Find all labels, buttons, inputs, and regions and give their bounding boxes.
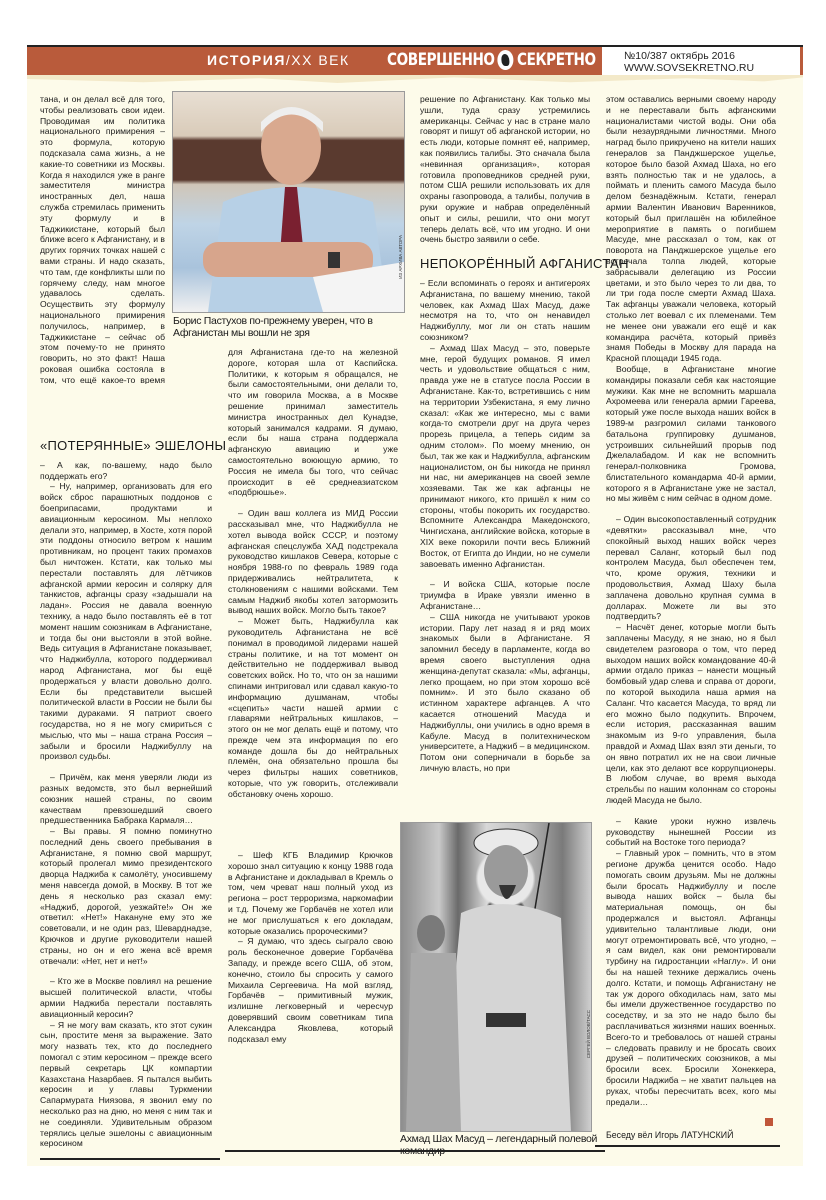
subheading-unconquered: НЕПОКОРЁННЫЙ АФГАНИСТАН [420, 259, 590, 270]
portrait-photo [172, 91, 405, 313]
field-commander-photo-icon [401, 823, 591, 1131]
answer: – Я не могу вам сказать, кто этот сукин … [40, 1020, 212, 1150]
answer: – Я думаю, что здесь сыграло свою роль б… [228, 936, 393, 1044]
subheading-lost-trains: «ПОТЕРЯННЫЕ» ЭШЕЛОНЫ [40, 441, 212, 452]
question: – Один ваш коллега из МИД России рассказ… [228, 508, 398, 616]
answer: – Ну, например, организовать для его вой… [40, 481, 212, 762]
answer: – Может быть, Наджибулла как руководител… [228, 616, 398, 800]
photo-caption: Ахмад Шах Масуд – легендарный полевой ко… [400, 1133, 600, 1157]
column-2: для Афганистана где-то на железной дорог… [228, 347, 398, 800]
answer: – Вы правы. Я помню поминутно последний … [40, 826, 212, 966]
column-2-bottom: – Шеф КГБ Владимир Крючков хорошо знал с… [228, 850, 393, 1044]
question: – Кто же в Москве повлиял на решение выс… [40, 976, 212, 1019]
bottom-rule [595, 1145, 780, 1147]
portrait-photo-icon [173, 92, 404, 312]
section-title: ИСТОРИЯ/XX ВЕК [207, 52, 350, 68]
paragraph: этом оставались верными своему народу и … [606, 94, 776, 364]
column-1-top: тана, и он делал всё для того, чтобы реа… [40, 94, 165, 384]
column-3: решение по Афганистану. Как только мы уш… [420, 94, 590, 774]
masthead-brand: СОВЕРШЕННОСЕКРЕТНО [387, 50, 596, 70]
question: – А как, по-вашему, надо было поддержать… [40, 460, 212, 482]
issue-number: №10/387 октябрь 2016 [624, 50, 735, 62]
question: – Если вспоминать о героях и антигероях … [420, 278, 590, 343]
paragraph-continuation [40, 385, 212, 427]
column-4: этом оставались верными своему народу и … [606, 94, 776, 1107]
paragraph: решение по Афганистану. Как только мы уш… [420, 94, 590, 245]
photo-credit: СЕРГЕЙ ВОЛОВ/ТАСС [586, 1010, 591, 1058]
brand-logo-icon [498, 50, 514, 70]
question: – Причём, как меня уверяли люди из разны… [40, 772, 212, 826]
question: – И войска США, которые после триумфа в … [420, 579, 590, 611]
column-1: «ПОТЕРЯННЫЕ» ЭШЕЛОНЫ – А как, по-вашему,… [40, 385, 212, 1149]
page-number: 31 [779, 47, 803, 75]
page-header: ИСТОРИЯ/XX ВЕК СОВЕРШЕННОСЕКРЕТНО №10/38… [27, 47, 803, 75]
website-link[interactable]: WWW.SOVSEKRETNO.RU [624, 62, 754, 74]
answer: – Насчёт денег, которые могли быть запла… [606, 622, 776, 806]
bottom-rule [225, 1150, 605, 1152]
byline: Беседу вёл Игорь ЛАТУНСКИЙ [606, 1130, 733, 1140]
paragraph: для Афганистана где-то на железной дорог… [228, 347, 398, 498]
end-of-article-icon [765, 1118, 773, 1126]
question: – Какие уроки нужно извлечь руководству … [606, 816, 776, 848]
bottom-rule [40, 1158, 220, 1160]
field-commander-photo [400, 822, 592, 1132]
question: – Один высокопоставленный сотрудник «дев… [606, 514, 776, 622]
answer: – Главный урок – помнить, что в этом рег… [606, 848, 776, 1107]
photo-credit: ИЗ АРХИВА АВТОРА [398, 235, 403, 279]
photo-caption: Борис Пастухов по-прежнему уверен, что в… [173, 315, 409, 339]
question: – Шеф КГБ Владимир Крючков хорошо знал с… [228, 850, 393, 936]
paragraph: тана, и он делал всё для того, чтобы реа… [40, 94, 165, 384]
issue-info: №10/387 октябрь 2016 WWW.SOVSEKRETNO.RU [602, 47, 800, 75]
answer: – США никогда не учитывают уроков истори… [420, 612, 590, 774]
paragraph: Вообще, в Афганистане многие командиры п… [606, 364, 776, 504]
answer: – Ахмад Шах Масуд – это, поверьте мне, г… [420, 343, 590, 570]
